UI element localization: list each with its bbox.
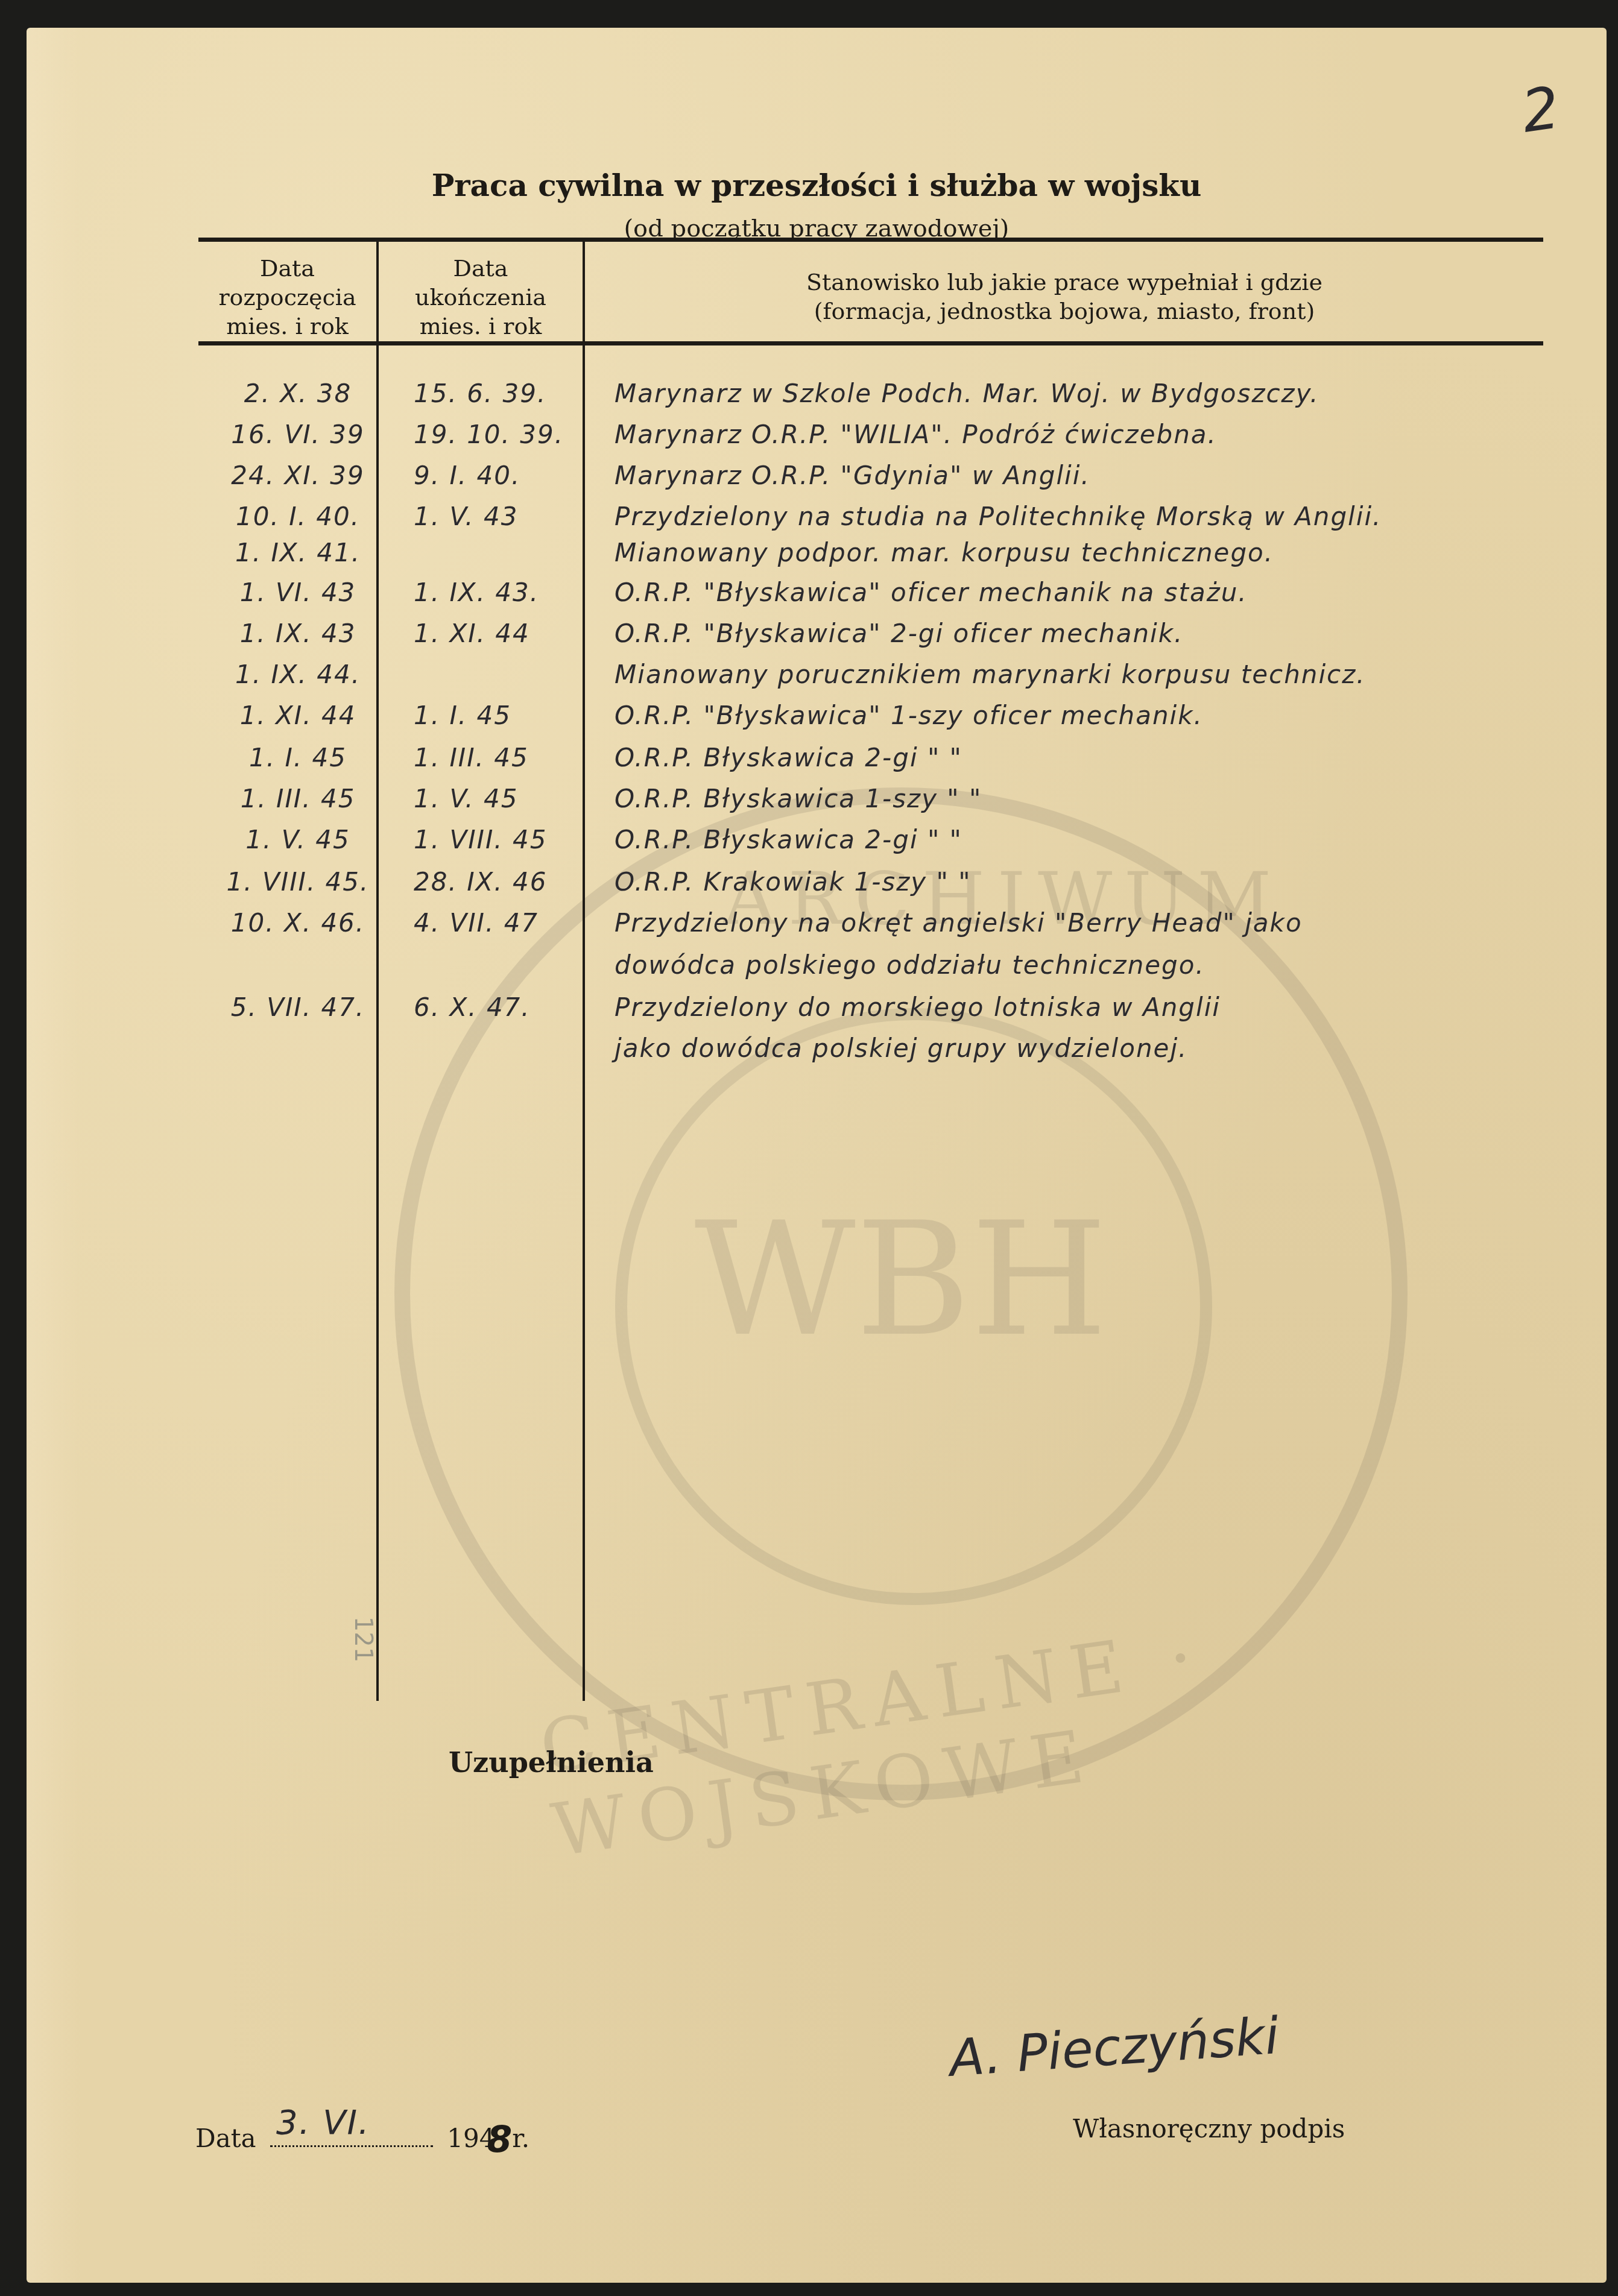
table-row-description-cell: jako dowódca polskiej grupy wydzielonej. [615, 1033, 1187, 1063]
table-row-description-cell: Marynarz O.R.P. "WILIA". Podróż ćwiczebn… [615, 420, 1217, 449]
table-row-start-date-cell: 5. VII. 47. [207, 992, 388, 1022]
stamp-center-text: WBH [410, 1189, 1392, 1371]
header-end-line: mies. i rok [379, 312, 583, 341]
table-row-description-cell: O.R.P. "Błyskawica" oficer mechanik na s… [615, 578, 1248, 607]
table-row-start-date-cell: 1. I. 45 [207, 743, 388, 772]
table-row-description-cell: Mianowany porucznikiem marynarki korpusu… [615, 660, 1366, 689]
year-handwritten: 8 [487, 2119, 513, 2161]
table-row-description-cell: O.R.P. "Błyskawica" 2-gi oficer mechanik… [615, 619, 1183, 648]
table-row-description-cell: Marynarz w Szkole Podch. Mar. Woj. w Byd… [615, 379, 1319, 408]
header-start-line: mies. i rok [198, 312, 376, 341]
table-row-description-cell: O.R.P. "Błyskawica" 1-szy oficer mechani… [615, 701, 1203, 730]
table-row-end-date-cell: 28. IX. 46 [408, 867, 595, 897]
table-row-description-cell: Przydzielony do morskiego lotniska w Ang… [615, 992, 1221, 1022]
table-row-end-date-cell: 4. VII. 47 [408, 908, 595, 938]
header-end-line: ukończenia [379, 283, 583, 312]
page-number: 2 [1518, 74, 1565, 146]
table-row-end-date-cell: 15. 6. 39. [408, 379, 595, 408]
table-row-end-date-cell: 1. III. 45 [408, 743, 595, 772]
table-row-start-date-cell: 10. X. 46. [207, 908, 388, 938]
pencil-mark: 121 [349, 1616, 377, 1662]
stamp-text-bottom: CENTRALNE · WOJSKOWE [536, 1589, 1400, 1873]
table-row-end-date-cell: 1. V. 45 [408, 784, 595, 813]
table-row-description-cell: dowódca polskiego oddziału technicznego. [615, 950, 1205, 980]
table-top-rule [198, 238, 1543, 242]
document-page: 2 Praca cywilna w przeszłości i służba w… [27, 28, 1607, 2283]
header-start-date: Data rozpoczęcia mies. i rok [198, 254, 376, 341]
table-row-start-date-cell: 16. VI. 39 [207, 420, 388, 449]
table-row-start-date-cell: 1. IX. 41. [207, 538, 388, 567]
table-row-description-cell: Mianowany podpor. mar. korpusu techniczn… [615, 538, 1274, 567]
header-start-line: Data [198, 254, 376, 283]
table-row-description-cell: Marynarz O.R.P. "Gdynia" w Anglii. [615, 461, 1090, 490]
table-row-end-date-cell: 1. XI. 44 [408, 619, 595, 648]
table-row-end-date-cell: 1. V. 43 [408, 502, 595, 531]
supplement-heading: Uzupełnienia [449, 1746, 654, 1779]
table-row-start-date-cell: 10. I. 40. [207, 502, 388, 531]
signature-label: Własnoręczny podpis [1073, 2114, 1345, 2143]
header-description: Stanowisko lub jakie prace wypełniał i g… [585, 268, 1544, 326]
header-start-line: rozpoczęcia [198, 283, 376, 312]
table-header-rule [198, 341, 1543, 345]
table-row-start-date-cell: 1. IX. 43 [207, 619, 388, 648]
table-row-start-date-cell: 1. IX. 44. [207, 660, 388, 689]
date-field: 3. VI. [270, 2121, 433, 2147]
table-row-end-date-cell: 1. VIII. 45 [408, 825, 595, 854]
table-row-end-date-cell: 6. X. 47. [408, 992, 595, 1022]
header-end-date: Data ukończenia mies. i rok [379, 254, 583, 341]
archive-stamp: ARCHIWUM CENTRALNE · WOJSKOWE WBH [394, 787, 1408, 1800]
table-row-description-cell: O.R.P. Błyskawica 1-szy " " [615, 784, 982, 813]
page-title: Praca cywilna w przeszłości i służba w w… [27, 168, 1607, 203]
table-row-description-cell: O.R.P. Błyskawica 2-gi " " [615, 743, 962, 772]
signature: A. Pieczyński [947, 2006, 1281, 2088]
table-row-description-cell: Przydzielony na studia na Politechnikę M… [615, 502, 1382, 531]
date-value: 3. VI. [276, 2103, 370, 2142]
date-line: Data 3. VI. 1948r. [195, 2114, 529, 2156]
table-row-start-date-cell: 1. V. 45 [207, 825, 388, 854]
table-row-start-date-cell: 1. VIII. 45. [207, 867, 388, 897]
table-row-start-date-cell: 1. XI. 44 [207, 701, 388, 730]
table-row-description-cell: O.R.P. Błyskawica 2-gi " " [615, 825, 962, 854]
table-row-description-cell: Przydzielony na okręt angielski "Berry H… [615, 908, 1303, 938]
table-row-start-date-cell: 1. III. 45 [207, 784, 388, 813]
table-row-end-date-cell: 19. 10. 39. [408, 420, 595, 449]
table-row-end-date-cell: 1. I. 45 [408, 701, 595, 730]
table-row-start-date-cell: 1. VI. 43 [207, 578, 388, 607]
table-row-end-date-cell: 9. I. 40. [408, 461, 595, 490]
table-row-start-date-cell: 2. X. 38 [207, 379, 388, 408]
header-description-line: (formacja, jednostka bojowa, miasto, fro… [585, 297, 1544, 326]
table-row-start-date-cell: 24. XI. 39 [207, 461, 388, 490]
table-row-description-cell: O.R.P. Krakowiak 1-szy " " [615, 867, 971, 897]
header-end-line: Data [379, 254, 583, 283]
table-row-end-date-cell: 1. IX. 43. [408, 578, 595, 607]
year-suffix: r. [512, 2124, 529, 2153]
header-description-line: Stanowisko lub jakie prace wypełniał i g… [585, 268, 1544, 297]
stamp-inner-ring [615, 1008, 1212, 1605]
date-label: Data [195, 2124, 256, 2153]
